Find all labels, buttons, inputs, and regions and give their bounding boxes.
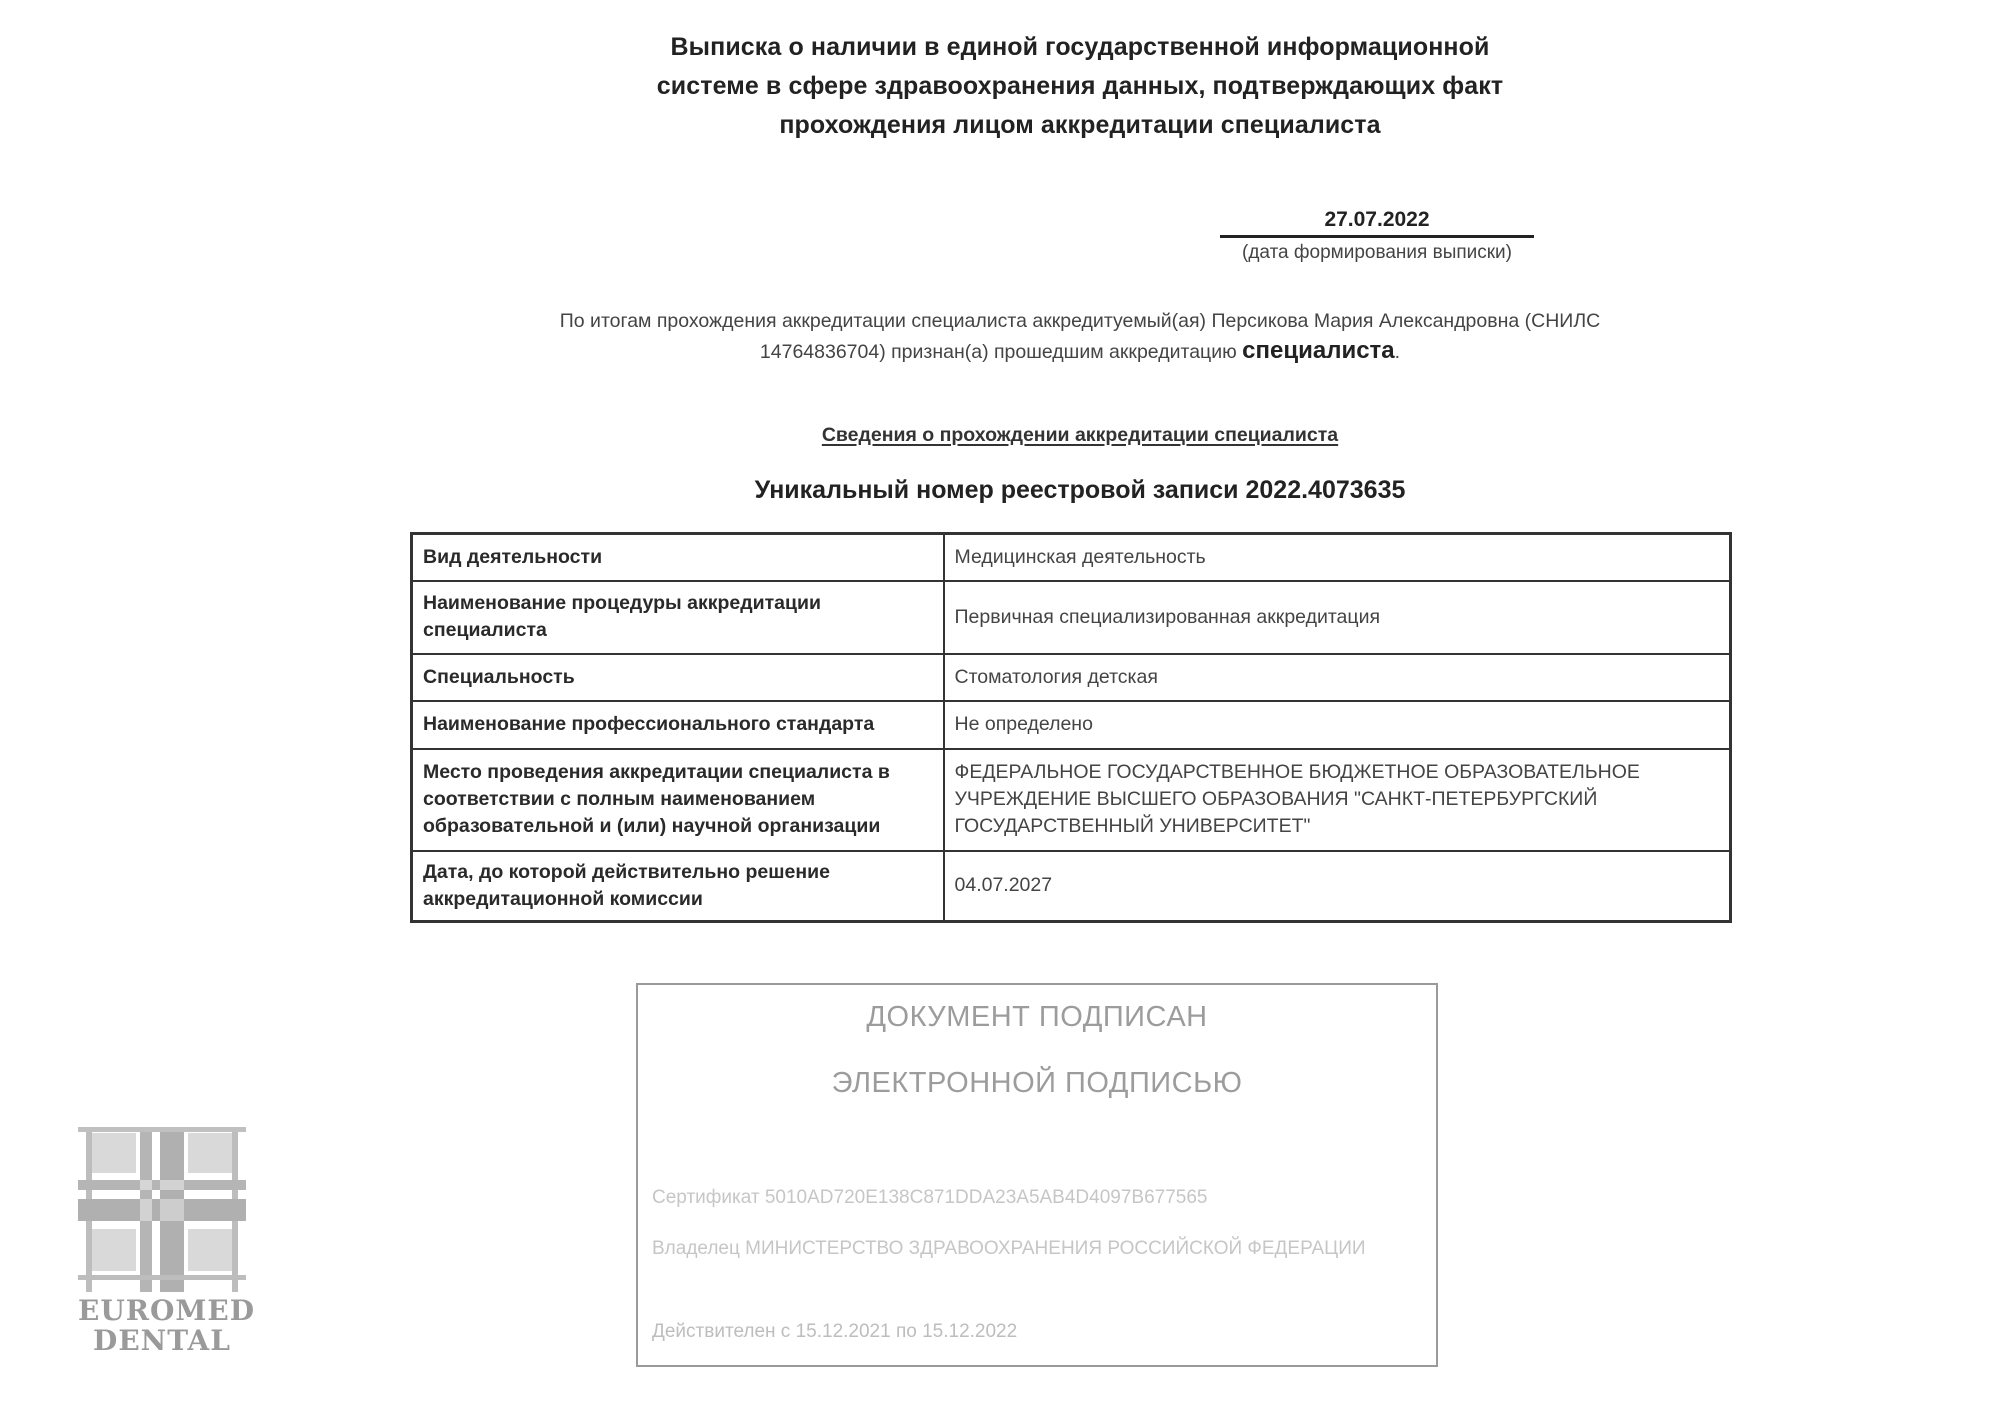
table-row: Вид деятельности Медицинская деятельност…: [412, 534, 1731, 581]
row-value: Стоматология детская: [944, 654, 1731, 701]
table-row: Наименование профессионального стандарта…: [412, 701, 1731, 749]
document-title-line: прохождения лицом аккредитации специалис…: [560, 106, 1600, 145]
row-value: Первичная специализированная аккредитаци…: [944, 581, 1731, 654]
stamp-certificate: Сертификат 5010AD720E138C871DDA23A5AB4D4…: [652, 1185, 1412, 1211]
row-label: Наименование профессионального стандарта: [412, 701, 944, 749]
statement-date-caption: (дата формирования выписки): [1220, 240, 1534, 266]
table-row: Специальность Стоматология детская: [412, 654, 1731, 701]
document-title-line: системе в сфере здравоохранения данных, …: [560, 67, 1600, 106]
row-value: ФЕДЕРАЛЬНОЕ ГОСУДАРСТВЕННОЕ БЮДЖЕТНОЕ ОБ…: [944, 749, 1731, 851]
row-value: Медицинская деятельность: [944, 534, 1731, 581]
statement-date-block: 27.07.2022 (дата формирования выписки): [1220, 206, 1534, 266]
document-title-line: Выписка о наличии в единой государственн…: [560, 28, 1600, 67]
electronic-signature-stamp: ДОКУМЕНТ ПОДПИСАН ЭЛЕКТРОННОЙ ПОДПИСЬЮ С…: [636, 983, 1438, 1367]
summary-line-1: По итогам прохождения аккредитации специ…: [470, 306, 1690, 336]
accreditation-details-table: Вид деятельности Медицинская деятельност…: [410, 532, 1732, 923]
section-heading: Сведения о прохождении аккредитации спец…: [560, 424, 1600, 447]
row-label: Специальность: [412, 654, 944, 701]
row-label: Дата, до которой действительно решение а…: [412, 851, 944, 922]
stamp-title-line-1: ДОКУМЕНТ ПОДПИСАН: [638, 1001, 1436, 1034]
summary-line-2-end: .: [1395, 341, 1400, 363]
statement-date: 27.07.2022: [1220, 206, 1534, 238]
accreditation-summary: По итогам прохождения аккредитации специ…: [470, 306, 1690, 367]
table-row: Наименование процедуры аккредитации спец…: [412, 581, 1731, 654]
table-row: Место проведения аккредитации специалист…: [412, 749, 1731, 851]
row-value: 04.07.2027: [944, 851, 1731, 922]
summary-line-2-text: 14764836704) признан(а) прошедшим аккред…: [760, 341, 1242, 363]
document-title: Выписка о наличии в единой государственн…: [560, 28, 1600, 145]
row-value: Не определено: [944, 701, 1731, 749]
registry-number: Уникальный номер реестровой записи 2022.…: [560, 476, 1600, 505]
table-row: Дата, до которой действительно решение а…: [412, 851, 1731, 922]
logo-wordmark-line-2: DENTAL: [78, 1326, 246, 1356]
logo-wordmark-line-1: EUROMED: [78, 1296, 246, 1326]
euromed-dental-logo: EUROMED DENTAL: [78, 1127, 246, 1356]
summary-line-2: 14764836704) признан(а) прошедшим аккред…: [470, 336, 1690, 367]
summary-emphasis: специалиста: [1242, 337, 1395, 364]
plaid-grid-logo-icon: [78, 1127, 246, 1292]
stamp-owner: Владелец МИНИСТЕРСТВО ЗДРАВООХРАНЕНИЯ РО…: [652, 1236, 1412, 1262]
row-label: Наименование процедуры аккредитации спец…: [412, 581, 944, 654]
row-label: Вид деятельности: [412, 534, 944, 581]
row-label: Место проведения аккредитации специалист…: [412, 749, 944, 851]
stamp-validity: Действителен с 15.12.2021 по 15.12.2022: [652, 1319, 1412, 1345]
stamp-title-line-2: ЭЛЕКТРОННОЙ ПОДПИСЬЮ: [638, 1067, 1436, 1100]
